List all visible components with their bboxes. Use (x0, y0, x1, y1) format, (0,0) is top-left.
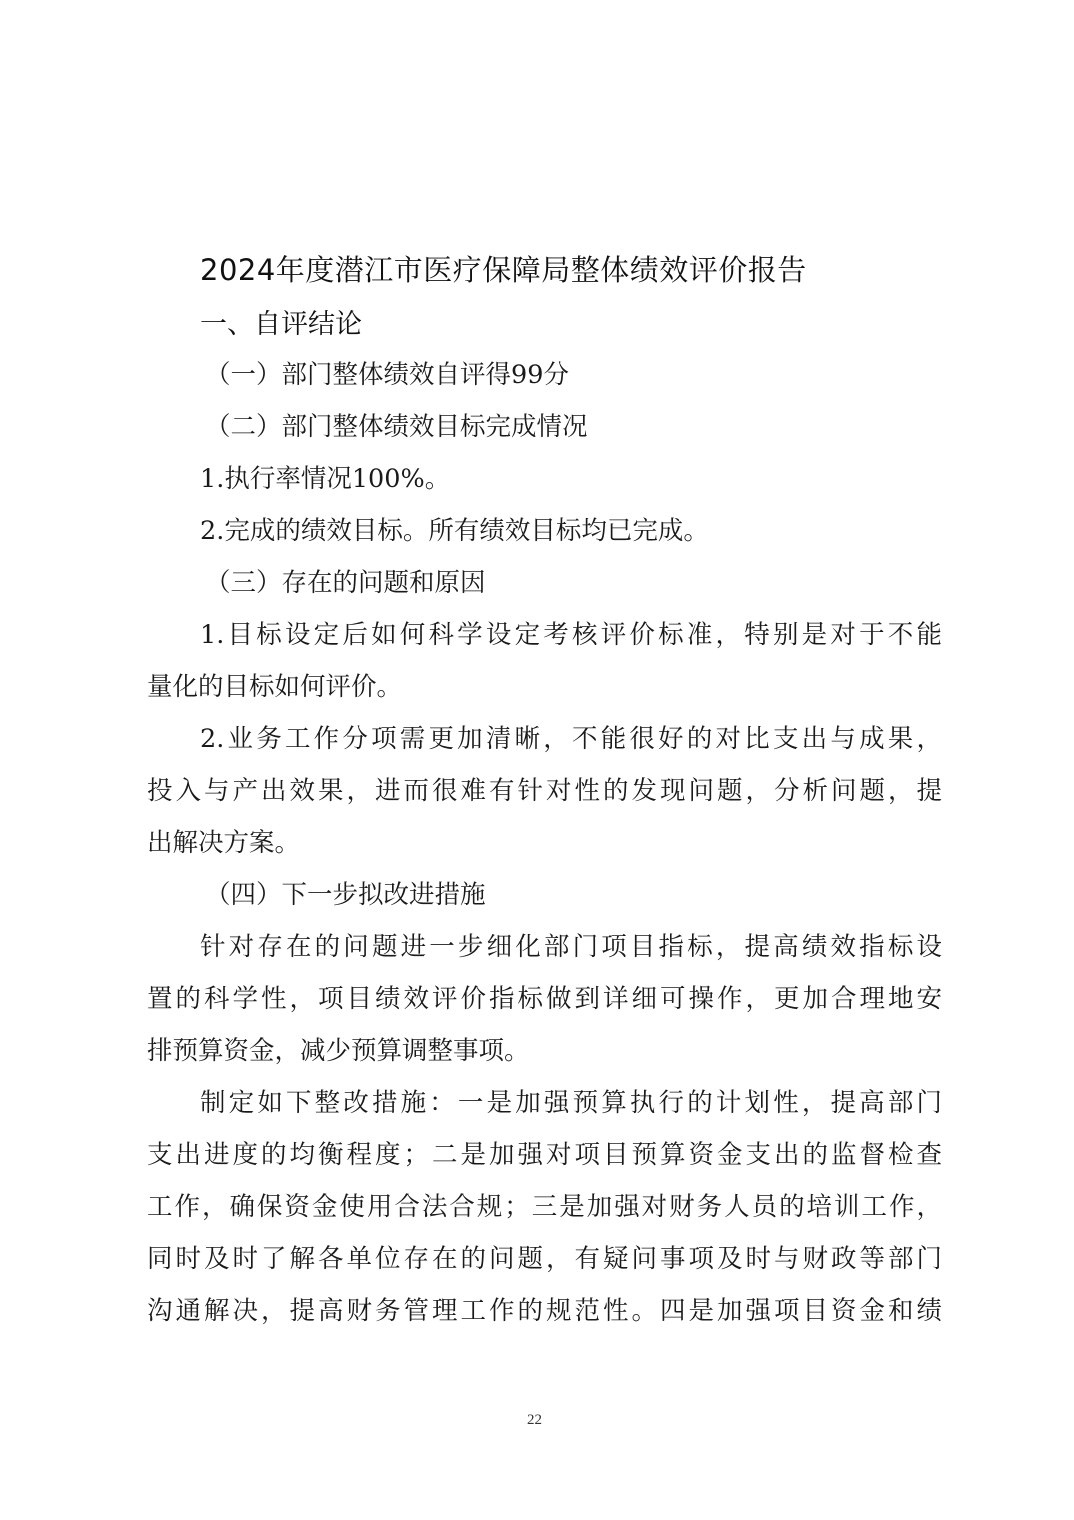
paragraph-line: 投入与产出效果，进而很难有针对性的发现问题，分析问题，提 (147, 771, 942, 807)
paragraph-line: 排预算资金，减少预算调整事项。 (147, 1031, 942, 1067)
paragraph-line: 同时及时了解各单位存在的问题，有疑问事项及时与财政等部门 (147, 1239, 942, 1275)
subheading-improvements: （四）下一步拟改进措施 (205, 875, 486, 911)
paragraph-line: 制定如下整改措施：一是加强预算执行的计划性，提高部门 (200, 1083, 942, 1119)
subheading-score: （一）部门整体绩效自评得99分 (205, 355, 569, 391)
paragraph-line: 沟通解决，提高财务管理工作的规范性。四是加强项目资金和绩 (147, 1291, 942, 1327)
subheading-problems: （三）存在的问题和原因 (205, 563, 486, 599)
paragraph-line: 量化的目标如何评价。 (147, 667, 942, 703)
paragraph-goals-completed: 2.完成的绩效目标。所有绩效目标均已完成。 (200, 511, 942, 547)
paragraph-line: 置的科学性，项目绩效评价指标做到详细可操作，更加合理地安 (147, 979, 942, 1015)
paragraph-line: 2.业务工作分项需更加清晰，不能很好的对比支出与成果， (200, 719, 942, 755)
document-title: 2024年度潜江市医疗保障局整体绩效评价报告 (200, 248, 807, 289)
paragraph-line: 出解决方案。 (147, 823, 942, 859)
paragraph-line: 工作，确保资金使用合法合规；三是加强对财务人员的培训工作， (147, 1187, 942, 1223)
paragraph-line: 针对存在的问题进一步细化部门项目指标，提高绩效指标设 (200, 927, 942, 963)
subheading-goal-completion: （二）部门整体绩效目标完成情况 (205, 407, 588, 443)
page-number: 22 (527, 1412, 542, 1429)
paragraph-line: 支出进度的均衡程度；二是加强对项目预算资金支出的监督检查 (147, 1135, 942, 1171)
paragraph-line: 1.目标设定后如何科学设定考核评价标准，特别是对于不能 (200, 615, 942, 651)
document-page: 2024年度潜江市医疗保障局整体绩效评价报告 一、自评结论 （一）部门整体绩效自… (0, 0, 1074, 1520)
section-heading-self-evaluation: 一、自评结论 (200, 302, 362, 341)
paragraph-execution-rate: 1.执行率情况100%。 (200, 459, 942, 495)
